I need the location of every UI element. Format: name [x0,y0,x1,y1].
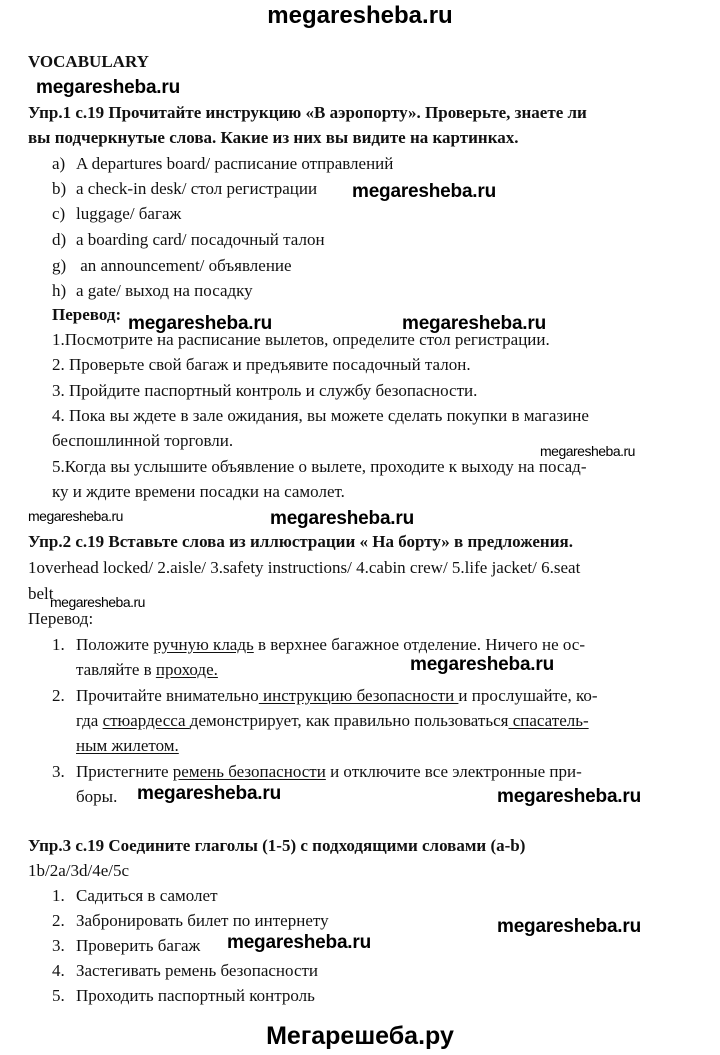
watermark-small: megaresheba.ru [28,508,123,524]
watermark: megaresheba.ru [497,916,641,938]
watermark: megaresheba.ru [227,932,371,954]
ex2-item: 1.Положите ручную кладь в верхнее багажн… [52,635,585,655]
ex1-item: c)luggage/ багаж [52,204,181,224]
site-watermark-bottom: Мегарешеба.ру [0,1022,720,1051]
watermark: megaresheba.ru [352,181,496,203]
ex1-title-line2: вы подчеркнутые слова. Какие из них вы в… [28,128,519,148]
ex2-answer-line1: 1overhead locked/ 2.aisle/ 3.safety inst… [28,558,580,578]
ex2-translation-label: Перевод: [28,609,93,629]
ex1-translation-line: ку и ждите времени посадки на самолет. [52,482,345,502]
ex1-item: a)A departures board/ расписание отправл… [52,154,393,174]
ex1-translation-label: Перевод: [52,305,121,325]
ex2-item-cont: гда стюардесса демонстрирует, как правил… [76,711,589,731]
watermark: megaresheba.ru [497,786,641,808]
ex1-item: g) an announcement/ объявление [52,256,292,276]
watermark: megaresheba.ru [137,783,281,805]
section-title: VOCABULARY [28,52,149,72]
ex1-translation-line: 2. Проверьте свой багаж и предъявите пос… [52,355,471,375]
watermark: megaresheba.ru [410,654,554,676]
watermark: megaresheba.ru [270,508,414,530]
watermark: megaresheba.ru [36,77,180,99]
watermark-small: megaresheba.ru [50,594,145,610]
ex3-item: 2.Забронировать билет по интернету [52,911,329,931]
ex2-item-cont: боры. [76,787,117,807]
site-watermark-top: megaresheba.ru [0,2,720,30]
ex1-translation-line: 3. Пройдите паспортный контроль и службу… [52,381,477,401]
ex1-translation-line: 1.Посмотрите на расписание вылетов, опре… [52,330,550,350]
ex1-translation-line: 5.Когда вы услышите объявление о вылете,… [52,457,587,477]
ex2-item: 2.Прочитайте внимательно инструкцию безо… [52,686,598,706]
ex1-title-line1: Упр.1 с.19 Прочитайте инструкцию «В аэро… [28,103,587,123]
ex1-translation-line: 4. Пока вы ждете в зале ожидания, вы мож… [52,406,589,426]
ex2-item-cont: ным жилетом. [76,736,179,756]
ex2-title: Упр.2 с.19 Вставьте слова из иллюстрации… [28,532,573,552]
ex1-item: d)a boarding card/ посадочный талон [52,230,325,250]
ex1-translation-line: беспошлинной торговли. [52,431,233,451]
ex2-item-cont: тавляйте в проходе. [76,660,218,680]
ex3-answer: 1b/2a/3d/4e/5c [28,861,129,881]
ex3-item: 3.Проверить багаж [52,936,200,956]
ex1-item: b)a check-in desk/ стол регистрации [52,179,317,199]
ex3-title: Упр.3 с.19 Соедините глаголы (1-5) с под… [28,836,525,856]
ex3-item: 1.Садиться в самолет [52,886,218,906]
ex3-item: 4.Застегивать ремень безопасности [52,961,318,981]
ex1-item: h)a gate/ выход на посадку [52,281,253,301]
ex3-item: 5.Проходить паспортный контроль [52,986,315,1006]
ex2-item: 3.Пристегните ремень безопасности и откл… [52,762,582,782]
